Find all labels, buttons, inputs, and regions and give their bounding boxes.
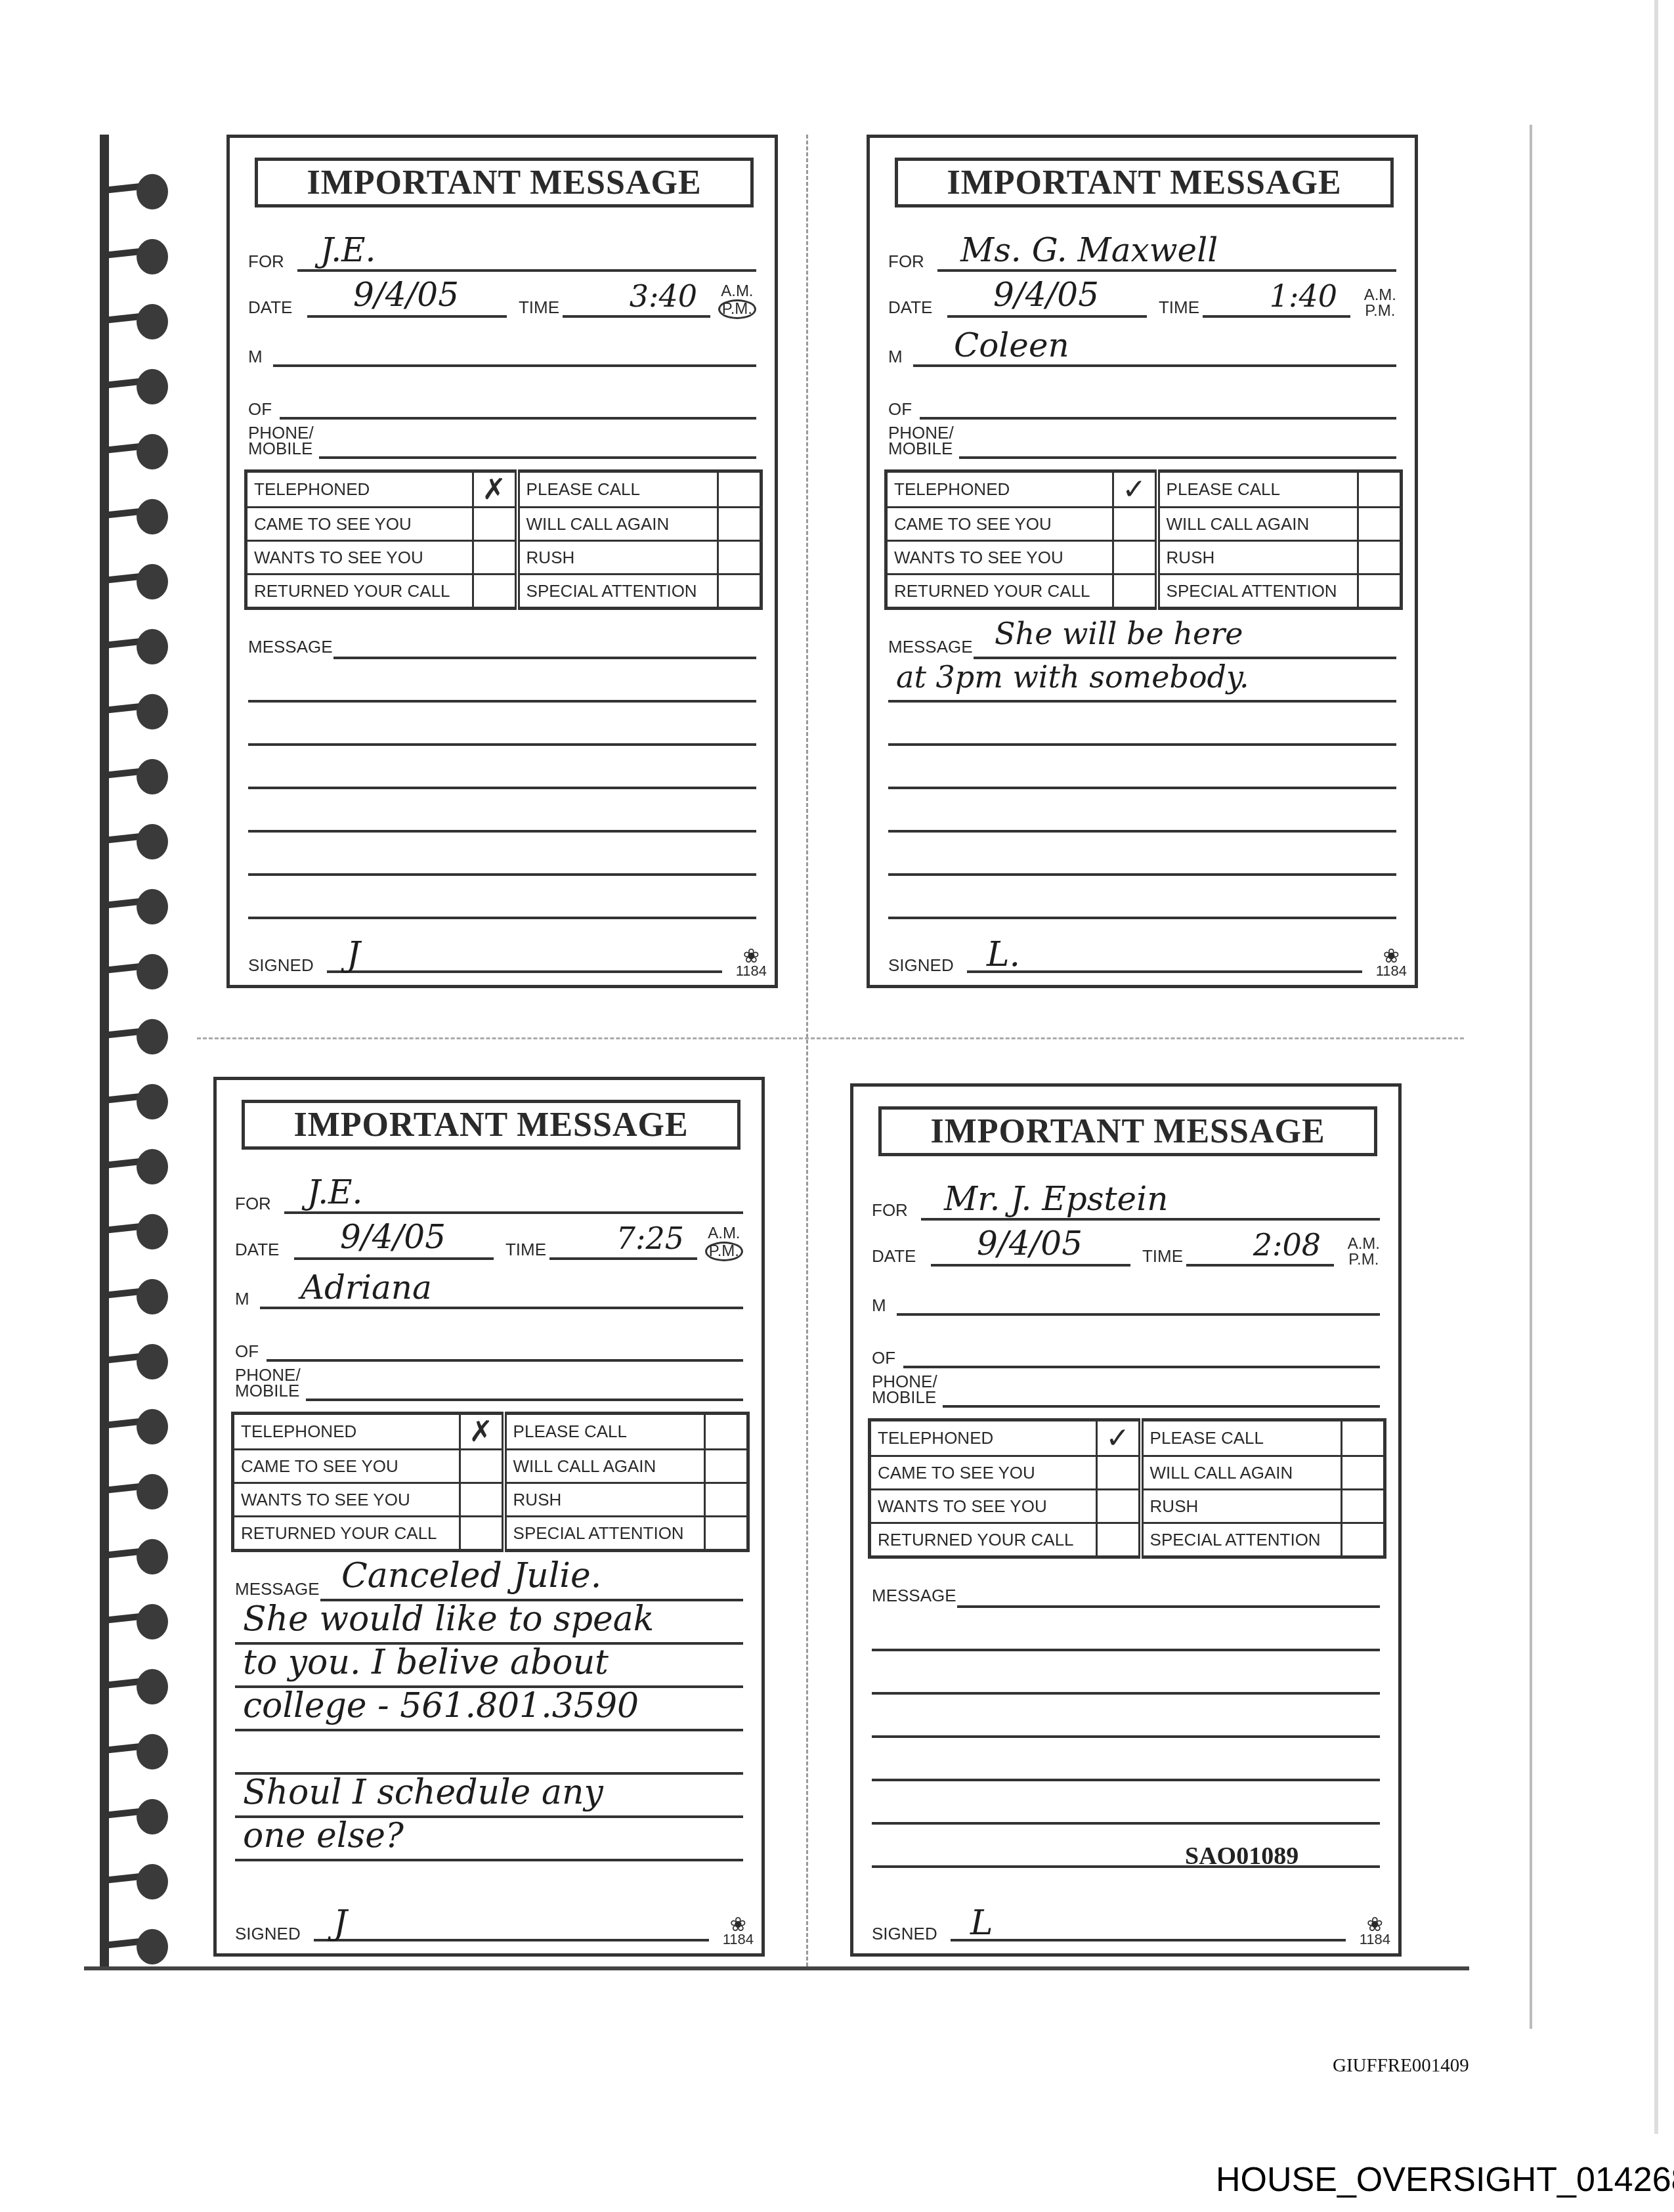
checkbox-row: CAME TO SEE YOUWILL CALL AGAIN: [233, 1450, 748, 1483]
checkbox-special-attention[interactable]: [705, 1517, 748, 1551]
signed-field: SIGNEDL: [872, 1911, 1346, 1944]
checkbox-row: RETURNED YOUR CALLSPECIAL ATTENTION: [870, 1523, 1385, 1557]
form-number-text: 1184: [736, 963, 767, 979]
spiral-ring-ball: [137, 1799, 168, 1834]
time-line: [1203, 315, 1350, 318]
time-value: 7:25: [616, 1221, 684, 1256]
message-line: [872, 1649, 1380, 1651]
checkbox-please-call[interactable]: [705, 1414, 748, 1450]
time-label: TIME: [519, 297, 559, 318]
message-line: [235, 1859, 743, 1861]
house-oversight-bates-number: HOUSE_OVERSIGHT_014268: [1216, 2160, 1674, 2200]
spiral-ring-ball: [137, 889, 168, 924]
checkbox-label: PLEASE CALL: [504, 1414, 705, 1450]
message-text-line: Shoul I schedule any: [243, 1771, 742, 1814]
message-line: [248, 743, 756, 746]
spiral-ring: [98, 889, 171, 913]
spiral-ring: [98, 954, 171, 978]
slip-title-box: IMPORTANT MESSAGE: [878, 1106, 1377, 1156]
time-label: TIME: [505, 1240, 546, 1260]
spiral-ring-ball: [137, 1214, 168, 1249]
slip-title-box: IMPORTANT MESSAGE: [895, 158, 1394, 207]
signed-field: SIGNEDJ: [248, 943, 722, 976]
date-value: 9/4/05: [993, 276, 1099, 314]
date-time-field: DATE9/4/05TIME2:08A.M.P.M.: [872, 1231, 1380, 1270]
message-line: [333, 657, 756, 659]
checkbox-wants-to-see-you[interactable]: [1113, 541, 1157, 575]
checkbox-special-attention[interactable]: [718, 575, 762, 609]
spiral-ring-ball: [137, 1539, 168, 1574]
for-line: [937, 269, 1396, 272]
slip-title: IMPORTANT MESSAGE: [930, 1112, 1325, 1151]
spiral-ring-ball: [137, 1929, 168, 1964]
checkbox-please-call[interactable]: [718, 471, 762, 508]
phone-line: [319, 456, 756, 459]
checkbox-will-call-again[interactable]: [1358, 508, 1402, 541]
phone-line: [959, 456, 1396, 459]
message-label: MESSAGE: [872, 1586, 956, 1606]
spiral-ring-ball: [137, 629, 168, 664]
status-checkbox-table: TELEPHONED✓PLEASE CALLCAME TO SEE YOUWIL…: [884, 469, 1403, 610]
giuffre-bates-number: GIUFFRE001409: [1333, 2055, 1469, 2077]
spiral-ring-ball: [137, 239, 168, 274]
status-checkbox-table: TELEPHONED✓PLEASE CALLCAME TO SEE YOUWIL…: [868, 1418, 1386, 1559]
from-label: M: [248, 347, 263, 367]
spiral-ring-ball: [137, 1279, 168, 1314]
from-label: M: [872, 1295, 886, 1316]
for-label: FOR: [888, 251, 924, 272]
time-line: [563, 315, 710, 318]
checkbox-please-call[interactable]: [1342, 1420, 1385, 1456]
for-line: [921, 1218, 1380, 1221]
for-value: Mr. J. Epstein: [944, 1180, 1168, 1218]
signed-line: [314, 1939, 709, 1941]
checkbox-returned-your-call[interactable]: [473, 575, 517, 609]
checkbox-rush[interactable]: [718, 541, 762, 575]
for-line: [284, 1211, 743, 1214]
spiral-ring: [98, 629, 171, 653]
spiral-ring-ball: [137, 499, 168, 534]
form-number: ❀1184: [1360, 1918, 1390, 1947]
spiral-ring-ball: [137, 1084, 168, 1119]
signed-label: SIGNED: [872, 1924, 937, 1944]
spiral-ring: [98, 1604, 171, 1628]
message-line: [888, 700, 1396, 703]
spiral-ring: [98, 1149, 171, 1173]
form-number: ❀1184: [1376, 949, 1407, 978]
slip-title: IMPORTANT MESSAGE: [307, 163, 701, 202]
spiral-ring: [98, 304, 171, 328]
page-edge: [1530, 125, 1532, 2029]
time-value: 2:08: [1253, 1227, 1321, 1263]
checkbox-row: CAME TO SEE YOUWILL CALL AGAIN: [870, 1456, 1385, 1490]
checkbox-rush[interactable]: [1358, 541, 1402, 575]
spiral-ring: [98, 239, 171, 263]
status-checkbox-table: TELEPHONED✗PLEASE CALLCAME TO SEE YOUWIL…: [244, 469, 763, 610]
checkbox-label: RETURNED YOUR CALL: [246, 575, 473, 609]
spiral-ring-ball: [137, 1669, 168, 1704]
date-label: DATE: [888, 297, 932, 318]
date-line: [294, 1257, 494, 1260]
checkbox-row: CAME TO SEE YOUWILL CALL AGAIN: [886, 508, 1402, 541]
checkbox-row: WANTS TO SEE YOURUSH: [233, 1483, 748, 1517]
from-field: M: [872, 1280, 1380, 1320]
message-text-line: at 3pm with somebody.: [896, 655, 1395, 699]
form-number: ❀1184: [723, 1918, 754, 1947]
spiral-ring: [98, 434, 171, 458]
spiral-ring: [98, 174, 171, 198]
checkbox-wants-to-see-you[interactable]: [1096, 1490, 1141, 1523]
checkbox-label: TELEPHONED: [886, 471, 1113, 508]
for-value: J.E.: [307, 1173, 362, 1211]
checkbox-came-to-see-you[interactable]: [1096, 1456, 1141, 1490]
spiral-ring-ball: [137, 1734, 168, 1769]
spiral-ring-ball: [137, 1604, 168, 1639]
checkbox-label: PLEASE CALL: [1141, 1420, 1342, 1456]
message-slip-bottom-right: IMPORTANT MESSAGEFORMr. J. EpsteinDATE9/…: [850, 1083, 1402, 1957]
message-line: [872, 1692, 1380, 1695]
checkbox-row: TELEPHONED✓PLEASE CALL: [870, 1420, 1385, 1456]
from-label: M: [235, 1289, 249, 1309]
status-checkbox-table: TELEPHONED✗PLEASE CALLCAME TO SEE YOUWIL…: [231, 1412, 750, 1552]
signature: J: [333, 1903, 347, 1943]
checkbox-telephoned[interactable]: ✓: [1096, 1420, 1141, 1456]
checkbox-label: TELEPHONED: [246, 471, 473, 508]
checkbox-row: WANTS TO SEE YOURUSH: [246, 541, 762, 575]
phone-field: PHONE/MOBILE: [248, 417, 756, 463]
checkbox-row: RETURNED YOUR CALLSPECIAL ATTENTION: [246, 575, 762, 609]
from-field: M: [248, 332, 756, 371]
checkbox-label: RUSH: [517, 541, 718, 575]
checkbox-telephoned[interactable]: ✗: [460, 1414, 504, 1450]
checkbox-row: RETURNED YOUR CALLSPECIAL ATTENTION: [886, 575, 1402, 609]
adams-logo-icon: ❀: [723, 1918, 754, 1932]
message-line: [872, 1735, 1380, 1738]
phone-field: PHONE/MOBILE: [872, 1366, 1380, 1412]
checkbox-label: WANTS TO SEE YOU: [886, 541, 1113, 575]
spiral-ring-ball: [137, 694, 168, 729]
date-time-field: DATE9/4/05TIME1:40A.M.P.M.: [888, 282, 1396, 322]
message-text-line: [243, 1727, 742, 1771]
spiral-ring-ball: [137, 954, 168, 989]
spiral-ring-ball: [137, 369, 168, 404]
from-value: Adriana: [301, 1269, 432, 1307]
message-line: [248, 787, 756, 789]
message-text-line: Canceled Julie.: [243, 1554, 742, 1597]
time-line: [1186, 1264, 1334, 1267]
spiral-ring-ball: [137, 759, 168, 794]
checkbox-please-call[interactable]: [1358, 471, 1402, 508]
form-number-text: 1184: [1360, 1931, 1390, 1947]
spiral-ring: [98, 1019, 171, 1043]
checkbox-label: RETURNED YOUR CALL: [233, 1517, 460, 1551]
for-field: FORJ.E.: [235, 1179, 743, 1218]
date-time-field: DATE9/4/05TIME7:25A.M.P.M.: [235, 1225, 743, 1264]
signature: J: [347, 935, 360, 974]
scan-edge: [1654, 0, 1658, 2134]
checkbox-row: TELEPHONED✗PLEASE CALL: [233, 1414, 748, 1450]
am-pm-indicator: A.M.P.M.: [1348, 1236, 1380, 1268]
slip-title-box: IMPORTANT MESSAGE: [255, 158, 754, 207]
signed-line: [967, 970, 1362, 973]
time-value: 3:40: [630, 278, 697, 314]
signed-label: SIGNED: [888, 955, 954, 976]
slip-title-box: IMPORTANT MESSAGE: [242, 1100, 740, 1150]
for-value: Ms. G. Maxwell: [960, 231, 1218, 269]
mobile-label: MOBILE: [235, 1381, 299, 1401]
checkbox-will-call-again[interactable]: [1342, 1456, 1385, 1490]
checkbox-label: SPECIAL ATTENTION: [1157, 575, 1358, 609]
form-number-text: 1184: [1376, 963, 1407, 979]
checkbox-will-call-again[interactable]: [705, 1450, 748, 1483]
for-value: J.E.: [320, 231, 376, 269]
message-label: MESSAGE: [248, 637, 333, 657]
spiral-ring-ball: [137, 564, 168, 599]
spiral-ring: [98, 1799, 171, 1823]
sao-bates-stamp: SAO01089: [1185, 1842, 1298, 1871]
message-line: [248, 830, 756, 833]
spiral-ring: [98, 1669, 171, 1693]
message-line: [872, 1865, 1380, 1868]
signature: L.: [987, 935, 1020, 974]
date-line: [931, 1264, 1130, 1267]
perforation-vertical: [806, 135, 810, 1966]
checkbox-label: CAME TO SEE YOU: [246, 508, 473, 541]
pm-label: P.M.: [718, 299, 756, 319]
checkbox-label: WILL CALL AGAIN: [1157, 508, 1358, 541]
message-line: [888, 743, 1396, 746]
date-line: [307, 315, 507, 318]
checkbox-telephoned[interactable]: ✓: [1113, 471, 1157, 508]
for-label: FOR: [872, 1200, 908, 1221]
spiral-ring-ball: [137, 1149, 168, 1184]
message-text-line: to you. I belive about: [243, 1641, 742, 1684]
spiral-ring-ball: [137, 824, 168, 859]
checkbox-label: RUSH: [1157, 541, 1358, 575]
spiral-ring-ball: [137, 1019, 168, 1054]
from-field: MColeen: [888, 332, 1396, 371]
spiral-ring: [98, 1409, 171, 1433]
signed-line: [951, 1939, 1346, 1941]
from-label: M: [888, 347, 903, 367]
message-text-line: She will be here: [896, 612, 1395, 655]
date-time-field: DATE9/4/05TIME3:40A.M.P.M.: [248, 282, 756, 322]
checkbox-label: SPECIAL ATTENTION: [1141, 1523, 1342, 1557]
message-line: [888, 830, 1396, 833]
checkbox-label: TELEPHONED: [870, 1420, 1097, 1456]
spiral-ring: [98, 759, 171, 783]
message-slip-top-left: IMPORTANT MESSAGEFORJ.E.DATE9/4/05TIME3:…: [226, 135, 778, 988]
checkbox-row: RETURNED YOUR CALLSPECIAL ATTENTION: [233, 1517, 748, 1551]
signed-line: [327, 970, 722, 973]
phone-field: PHONE/MOBILE: [235, 1359, 743, 1405]
checkbox-returned-your-call[interactable]: [1096, 1523, 1141, 1557]
date-label: DATE: [235, 1240, 279, 1260]
spiral-ring: [98, 369, 171, 393]
message-line: [248, 873, 756, 876]
from-line: [897, 1313, 1380, 1316]
checkbox-label: CAME TO SEE YOU: [886, 508, 1113, 541]
checkbox-label: SPECIAL ATTENTION: [517, 575, 718, 609]
date-value: 9/4/05: [977, 1225, 1083, 1263]
checkbox-special-attention[interactable]: [1342, 1523, 1385, 1557]
checkbox-label: CAME TO SEE YOU: [870, 1456, 1097, 1490]
am-pm-indicator: A.M.P.M.: [705, 1226, 743, 1261]
spiral-ring: [98, 1084, 171, 1108]
checkbox-label: CAME TO SEE YOU: [233, 1450, 460, 1483]
spiral-ring: [98, 1734, 171, 1758]
from-line: [260, 1307, 743, 1309]
message-text-line: one else?: [243, 1814, 742, 1857]
spiral-ring-ball: [137, 304, 168, 339]
spiral-ring: [98, 694, 171, 718]
spiral-ring: [98, 1279, 171, 1303]
date-value: 9/4/05: [340, 1218, 446, 1256]
spiral-ring: [98, 1929, 171, 1953]
checkbox-row: WANTS TO SEE YOURUSH: [870, 1490, 1385, 1523]
message-slip-top-right: IMPORTANT MESSAGEFORMs. G. MaxwellDATE9/…: [867, 135, 1418, 988]
adams-logo-icon: ❀: [1376, 949, 1407, 964]
checkbox-label: PLEASE CALL: [1157, 471, 1358, 508]
checkbox-came-to-see-you[interactable]: [1113, 508, 1157, 541]
checkbox-rush[interactable]: [705, 1483, 748, 1517]
date-label: DATE: [872, 1246, 916, 1267]
for-line: [297, 269, 756, 272]
spiral-binding: [98, 135, 171, 1966]
phone-field: PHONE/MOBILE: [888, 417, 1396, 463]
adams-logo-icon: ❀: [736, 949, 767, 964]
checkbox-label: SPECIAL ATTENTION: [504, 1517, 705, 1551]
checkbox-label: WILL CALL AGAIN: [517, 508, 718, 541]
form-number: ❀1184: [736, 949, 767, 978]
checkbox-label: WANTS TO SEE YOU: [870, 1490, 1097, 1523]
adams-logo-icon: ❀: [1360, 1918, 1390, 1932]
checkbox-special-attention[interactable]: [1358, 575, 1402, 609]
spiral-ring: [98, 499, 171, 523]
perforation-horizontal: [197, 1037, 1464, 1039]
message-text-line: college - 561.801.3590: [243, 1684, 742, 1727]
message-text: Canceled Julie.She would like to speakto…: [243, 1554, 742, 1857]
checkbox-label: WILL CALL AGAIN: [504, 1450, 705, 1483]
message-line: [888, 917, 1396, 919]
spiral-ring: [98, 1864, 171, 1888]
from-value: Coleen: [954, 326, 1069, 364]
spiral-ring: [98, 1539, 171, 1563]
am-pm-indicator: A.M.P.M.: [718, 284, 756, 319]
from-line: [273, 364, 756, 367]
checkbox-telephoned[interactable]: ✗: [473, 471, 517, 508]
time-label: TIME: [1142, 1246, 1183, 1267]
form-number-text: 1184: [723, 1931, 754, 1947]
pm-label: P.M.: [705, 1242, 743, 1261]
spiral-ring-ball: [137, 174, 168, 209]
for-field: FORJ.E.: [248, 236, 756, 276]
spiral-ring-ball: [137, 1864, 168, 1899]
checkbox-label: RUSH: [504, 1483, 705, 1517]
message-line: [957, 1605, 1380, 1608]
checkbox-row: WANTS TO SEE YOURUSH: [886, 541, 1402, 575]
pm-label: P.M.: [1348, 1252, 1380, 1268]
message-text: She will be hereat 3pm with somebody.: [896, 612, 1395, 699]
signed-field: SIGNEDL.: [888, 943, 1362, 976]
checkbox-row: TELEPHONED✓PLEASE CALL: [886, 471, 1402, 508]
message-slip-bottom-left: IMPORTANT MESSAGEFORJ.E.DATE9/4/05TIME7:…: [213, 1077, 765, 1957]
checkbox-label: PLEASE CALL: [517, 471, 718, 508]
spiral-ring: [98, 1344, 171, 1368]
slip-title: IMPORTANT MESSAGE: [293, 1106, 688, 1144]
spiral-ring: [98, 824, 171, 848]
date-label: DATE: [248, 297, 292, 318]
checkbox-label: WILL CALL AGAIN: [1141, 1456, 1342, 1490]
spiral-ring-ball: [137, 434, 168, 469]
checkbox-label: WANTS TO SEE YOU: [233, 1483, 460, 1517]
checkbox-label: RUSH: [1141, 1490, 1342, 1523]
checkbox-rush[interactable]: [1342, 1490, 1385, 1523]
spiral-ring: [98, 1474, 171, 1498]
phone-line: [943, 1405, 1380, 1408]
for-label: FOR: [248, 251, 284, 272]
checkbox-will-call-again[interactable]: [718, 508, 762, 541]
am-label: A.M.: [705, 1226, 743, 1242]
checkbox-wants-to-see-you[interactable]: [473, 541, 517, 575]
checkbox-returned-your-call[interactable]: [460, 1517, 504, 1551]
checkbox-label: RETURNED YOUR CALL: [886, 575, 1113, 609]
checkbox-label: WANTS TO SEE YOU: [246, 541, 473, 575]
slip-title: IMPORTANT MESSAGE: [947, 163, 1341, 202]
checkbox-row: TELEPHONED✗PLEASE CALL: [246, 471, 762, 508]
mobile-label: MOBILE: [248, 439, 312, 459]
signed-field: SIGNEDJ: [235, 1911, 709, 1944]
date-value: 9/4/05: [353, 276, 459, 314]
from-line: [913, 364, 1396, 367]
spiral-ring-ball: [137, 1409, 168, 1444]
message-line: [248, 917, 756, 919]
message-line: [872, 1822, 1380, 1825]
from-field: MAdriana: [235, 1274, 743, 1313]
am-pm-indicator: A.M.P.M.: [1364, 288, 1396, 319]
mobile-label: MOBILE: [888, 439, 953, 459]
signature: L: [970, 1903, 993, 1943]
date-line: [947, 315, 1147, 318]
spiral-ring-ball: [137, 1344, 168, 1379]
time-value: 1:40: [1270, 278, 1337, 314]
checkbox-label: TELEPHONED: [233, 1414, 460, 1450]
message-text-line: She would like to speak: [243, 1597, 742, 1641]
spiral-ring: [98, 564, 171, 588]
spiral-ring-ball: [137, 1474, 168, 1509]
checkbox-came-to-see-you[interactable]: [473, 508, 517, 541]
message-line: [872, 1779, 1380, 1781]
for-field: FORMr. J. Epstein: [872, 1185, 1380, 1225]
checkbox-returned-your-call[interactable]: [1113, 575, 1157, 609]
for-field: FORMs. G. Maxwell: [888, 236, 1396, 276]
am-label: A.M.: [1364, 288, 1396, 303]
signed-label: SIGNED: [235, 1924, 301, 1944]
checkbox-wants-to-see-you[interactable]: [460, 1483, 504, 1517]
time-line: [549, 1257, 697, 1260]
am-label: A.M.: [718, 284, 756, 299]
signed-label: SIGNED: [248, 955, 314, 976]
time-label: TIME: [1159, 297, 1199, 318]
mobile-label: MOBILE: [872, 1387, 936, 1408]
message-line: [888, 787, 1396, 789]
message-line: [248, 700, 756, 703]
phone-line: [306, 1399, 743, 1401]
checkbox-label: RETURNED YOUR CALL: [870, 1523, 1097, 1557]
checkbox-came-to-see-you[interactable]: [460, 1450, 504, 1483]
pm-label: P.M.: [1364, 303, 1396, 319]
message-line: [888, 873, 1396, 876]
